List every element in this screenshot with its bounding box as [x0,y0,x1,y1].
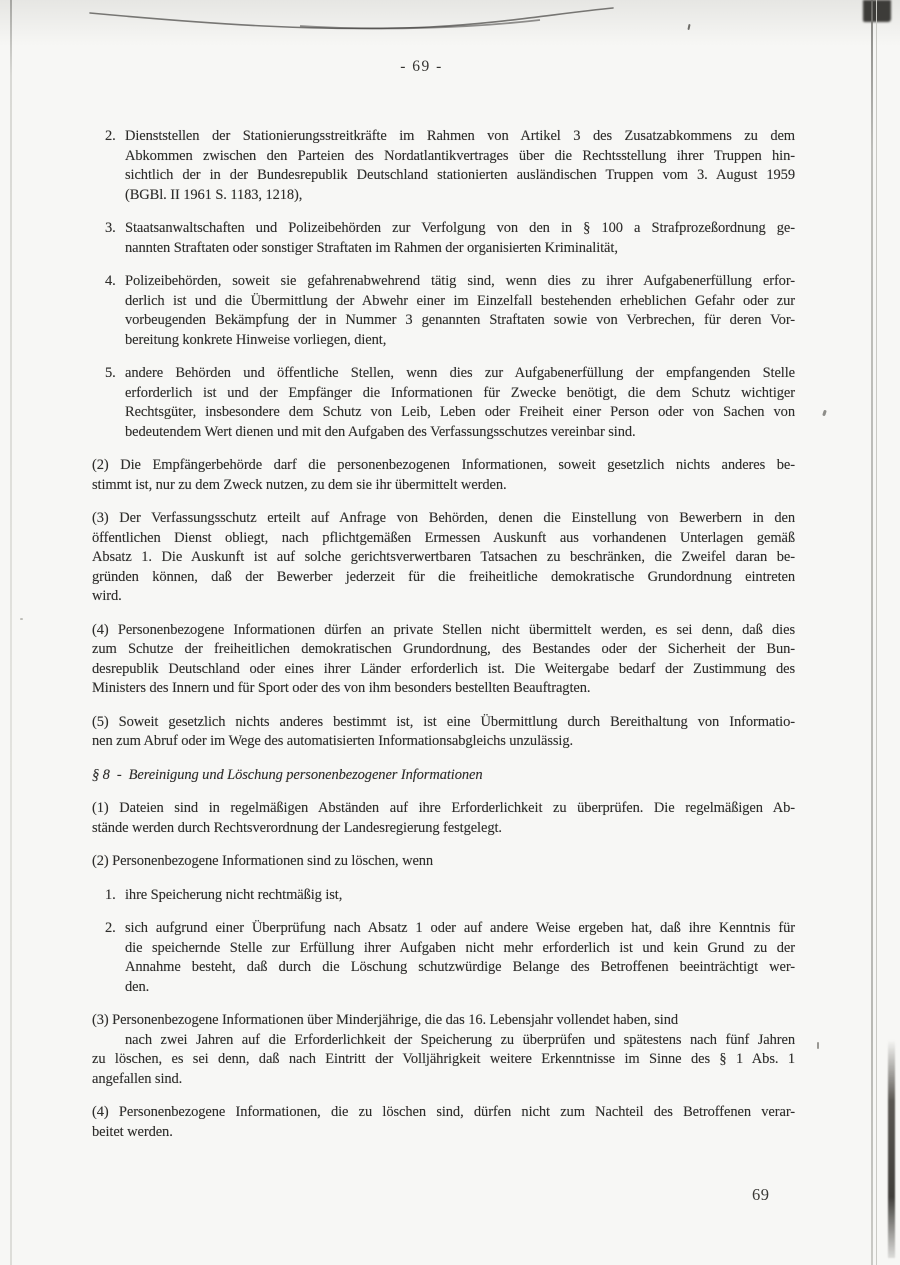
text-line: (2) Die Empfängerbehörde darf die person… [92,456,795,476]
paragraph-sec8-abs2: (2) Personenbezogene Informationen sind … [92,852,795,872]
scan-speck [822,410,827,417]
paragraph-sec7-abs4: (4) Personenbezogene Informationen dürfe… [92,621,795,699]
text-line: den. [125,978,795,998]
page-header-number: - 69 - [70,58,773,76]
text-line: Annahme besteht, daß durch die Löschung … [125,958,795,978]
list-item-text: Polizeibehörden, soweit sie gefahrenabwe… [125,272,795,350]
text-line: zu löschen, es sei denn, daß nach Eintri… [92,1050,795,1070]
text-line: Dienststellen der Stationierungsstreitkr… [125,127,795,147]
text-line: die speichernde Stelle zur Erfüllung ihr… [125,939,795,959]
list-item-number: 2. [92,127,125,205]
text-line: Ministers des Innern und für Sport oder … [92,679,795,699]
text-line: Staatsanwaltschaften und Polizeibehörden… [125,219,795,239]
section-8-heading: § 8 -Bereinigung und Löschung personenbe… [92,766,795,786]
scanned-document-page: - 69 - 2. Dienststellen der Stationierun… [0,0,900,1265]
text-line: (5) Soweit gesetzlich nichts anderes bes… [92,713,795,733]
list-item-number: 2. [92,919,125,997]
list-item-number: 4. [92,272,125,350]
text-line: (1) Dateien sind in regelmäßigen Abständ… [92,799,795,819]
scan-artifact-top-shade [0,0,900,46]
text-line: beitet werden. [92,1123,795,1143]
page-footer-number: 69 [752,1185,770,1205]
text-line: stimmt ist, nur zu dem Zweck nutzen, zu … [92,476,795,496]
sublist-item-1: 1. ihre Speicherung nicht rechtmäßig ist… [92,886,795,906]
text-line: Absatz 1. Die Auskunft ist auf solche ge… [92,548,795,568]
list-item-text: Dienststellen der Stationierungsstreitkr… [125,127,795,205]
text-line: vorbeugenden Bekämpfung der in Nummer 3 … [125,311,795,331]
list-item-5: 5. andere Behörden und öffentliche Stell… [92,364,795,442]
list-item-2: 2. Dienststellen der Stationierungsstrei… [92,127,795,205]
paragraph-sec8-abs1: (1) Dateien sind in regelmäßigen Abständ… [92,799,795,838]
document-body: 2. Dienststellen der Stationierungsstrei… [92,127,795,1156]
scan-artifact-right-edge-line-2 [876,0,877,1265]
text-line: zum Schutze der freiheitlichen demokrati… [92,640,795,660]
text-line: (2) Personenbezogene Informationen sind … [92,852,795,872]
paragraph-sec8-abs4: (4) Personenbezogene Informationen, die … [92,1103,795,1142]
sublist-item-2: 2. sich aufgrund einer Überprüfung nach … [92,919,795,997]
paragraph-sec7-abs2: (2) Die Empfängerbehörde darf die person… [92,456,795,495]
text-line: sich aufgrund einer Überprüfung nach Abs… [125,919,795,939]
scan-artifact-right-edge-line [871,0,873,1265]
paragraph-sec7-abs3: (3) Der Verfassungsschutz erteilt auf An… [92,509,795,607]
scan-speck [817,1042,819,1049]
list-item-4: 4. Polizeibehörden, soweit sie gefahrena… [92,272,795,350]
text-line: desrepublik Deutschland oder eines ihrer… [92,660,795,680]
scan-speck [687,24,690,30]
text-line: nach zwei Jahren auf die Erforderlichkei… [92,1031,795,1051]
text-line: öffentlichen Dienst obliegt, nach pflich… [92,529,795,549]
text-line: Rechtsgüter, insbesondere dem Schutz von… [125,403,795,423]
text-line: Abkommen zwischen den Parteien des Norda… [125,147,795,167]
text-line: nannten Straftaten oder sonstiger Straft… [125,239,795,259]
scan-artifact-right-dark-band [888,1040,895,1258]
text-line: nen zum Abruf oder im Wege des automatis… [92,732,795,752]
text-line: (3) Der Verfassungsschutz erteilt auf An… [92,509,795,529]
text-line: Polizeibehörden, soweit sie gefahrenabwe… [125,272,795,292]
text-line: andere Behörden und öffentliche Stellen,… [125,364,795,384]
list-item-number: 1. [92,886,125,906]
text-line: (BGBl. II 1961 S. 1183, 1218), [125,186,795,206]
list-item-text: Staatsanwaltschaften und Polizeibehörden… [125,219,795,258]
text-line: sichtlich der in der Bundesrepublik Deut… [125,166,795,186]
paragraph-sec8-abs3: (3) Personenbezogene Informationen über … [92,1011,795,1089]
text-line: derlich ist und die Übermittlung der Abw… [125,292,795,312]
scan-artifact-corner-notch [863,0,891,22]
text-line: bedeutendem Wert dienen und mit den Aufg… [125,423,795,443]
section-8-number: § 8 - [92,767,122,783]
list-item-text: sich aufgrund einer Überprüfung nach Abs… [125,919,795,997]
text-line: (4) Personenbezogene Informationen dürfe… [92,621,795,641]
scan-speck [20,618,23,620]
text-line: gründen können, daß der Bewerber jederze… [92,568,795,588]
list-item-text: ihre Speicherung nicht rechtmäßig ist, [125,886,795,906]
list-item-number: 3. [92,219,125,258]
paragraph-sec7-abs5: (5) Soweit gesetzlich nichts anderes bes… [92,713,795,752]
text-line: (3) Personenbezogene Informationen über … [92,1011,795,1031]
text-line: erforderlich ist und der Empfänger die I… [125,384,795,404]
text-line: ihre Speicherung nicht rechtmäßig ist, [125,886,795,906]
list-item-3: 3. Staatsanwaltschaften und Polizeibehör… [92,219,795,258]
section-8-title: Bereinigung und Löschung personenbezogen… [129,767,483,783]
text-line: bereitung konkrete Hinweise vorliegen, d… [125,331,795,351]
text-line: wird. [92,587,795,607]
text-line: (4) Personenbezogene Informationen, die … [92,1103,795,1123]
text-line: angefallen sind. [92,1070,795,1090]
scan-artifact-left-edge-line [10,0,12,1265]
list-item-number: 5. [92,364,125,442]
text-line: stände werden durch Rechtsverordnung der… [92,819,795,839]
list-item-text: andere Behörden und öffentliche Stellen,… [125,364,795,442]
scan-artifact-top-edge-curve [0,0,900,44]
